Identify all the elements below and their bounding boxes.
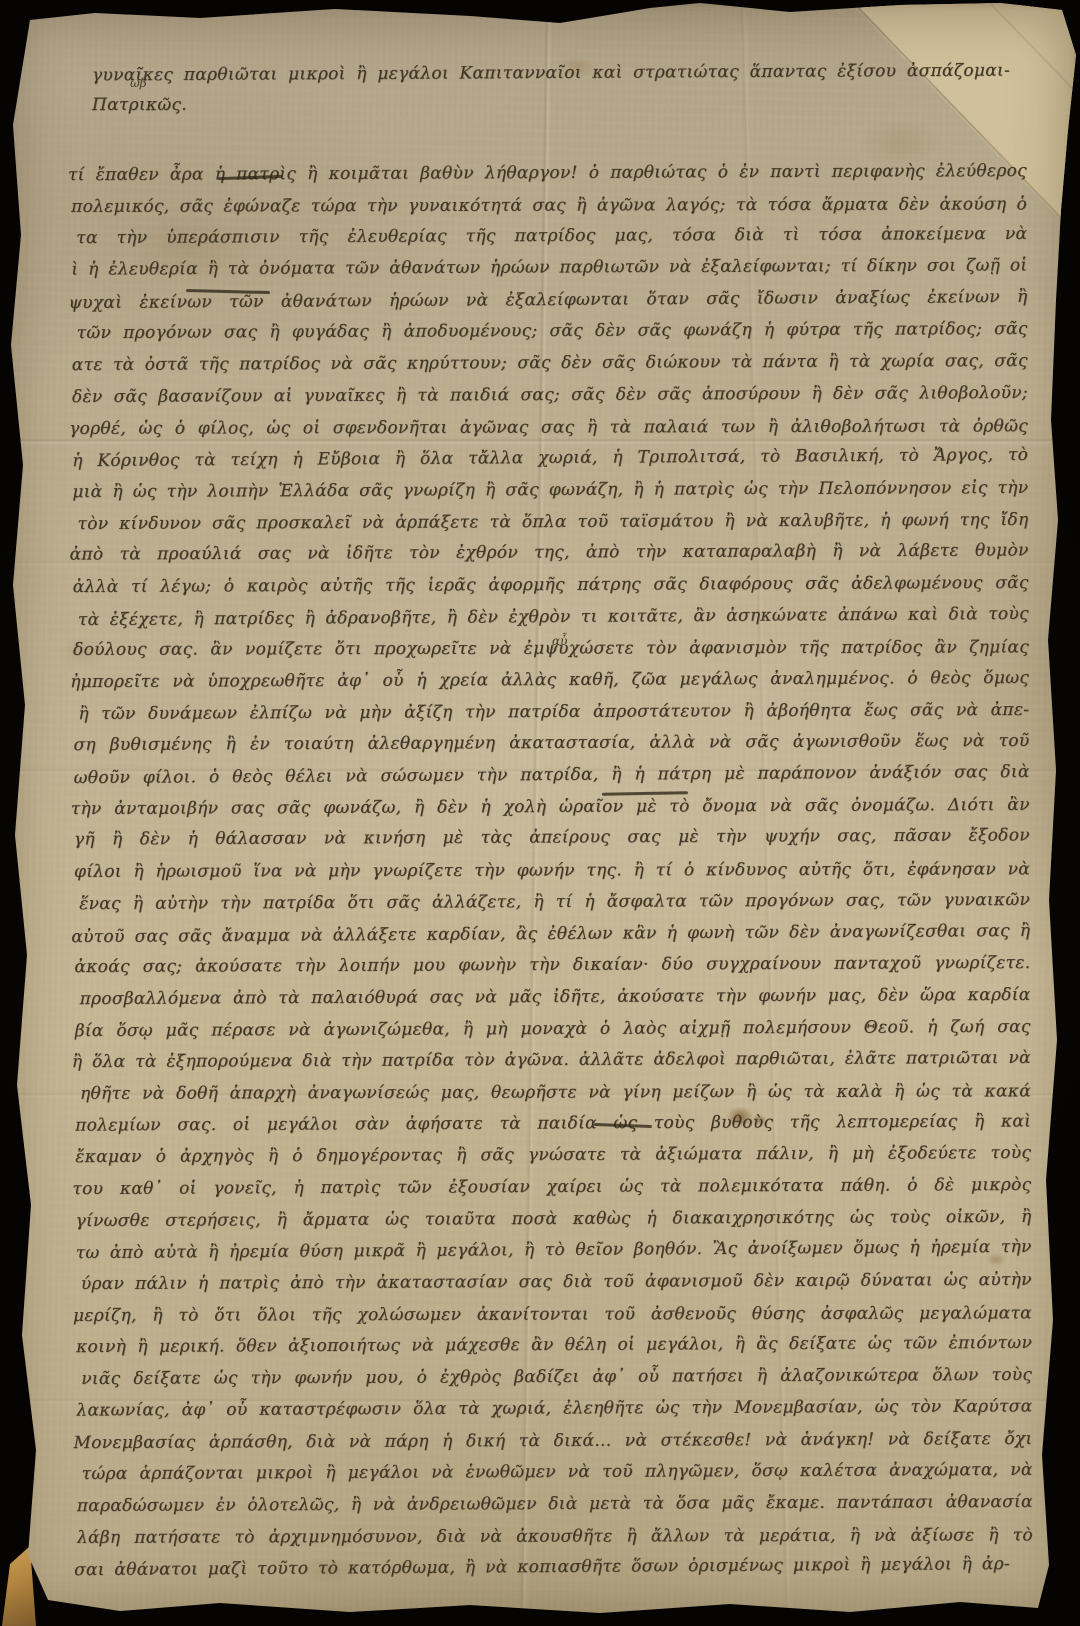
text-line: μιὰ ἢ ὡς τὴν λοιπὴν Ἑλλάδα σᾶς γνωρίζη ἢ… (72, 473, 1028, 509)
text-line: ἀλλὰ τί λέγω; ὁ καιρὸς αὐτῆς τῆς ἱερᾶς ἀ… (73, 568, 1029, 604)
text-line: ἢ τῶν δυνάμεων ἐλπίζω νὰ μὴν ἀξίζη τὴν π… (78, 695, 1029, 731)
text-line: ἕνας ἢ αὐτὴν τὴν πατρίδα ὅτι σᾶς ἀλλάζετ… (79, 885, 1030, 921)
text-line: Μονεμβασίας ἁρπάσθη, διὰ νὰ πάρη ἡ δική … (73, 1423, 1032, 1459)
heading-line: γυναῖκες παρθιῶται μικροὶ ἢ μεγάλοι Καπι… (92, 56, 1010, 91)
text-line: ἠμπορεῖτε νὰ ὑποχρεωθῆτε ἀφ᾽ οὗ ἡ χρεία … (70, 663, 1029, 699)
text-line: τῶν προγόνων σας ἢ φυγάδας ἢ ἀποδυομένου… (77, 314, 1028, 350)
text-line: κοινὴ ἢ μερική. ὅθεν ἀξιοποιήτως νὰ μάχε… (76, 1328, 1032, 1364)
text-line: ύραν πάλιν ἡ πατρὶς ἀπὸ τὴν ἀκαταστασίαν… (81, 1265, 1032, 1301)
text-line: τὸν κίνδυνον σᾶς προσκαλεῖ νὰ ἁρπάξετε τ… (77, 504, 1028, 540)
text-line: μερίζη, ἢ τὸ ὅτι ὅλοι τῆς χολώσωμεν ἀκαν… (73, 1298, 1032, 1332)
text-line: ωθοῦν φίλοι. ὁ θεὸς θέλει νὰ σώσωμεν τὴν… (73, 757, 1029, 795)
text-line: ἀκοάς σας; ἀκούσατε τὴν λοιπήν μου φωνὴν… (74, 948, 1030, 984)
text-line: τί ἔπαθεν ἆρα ἡ πατρὶς ἢ κοιμᾶται βαθὺν … (68, 156, 1027, 192)
superscript-correction: αὖ (552, 634, 567, 648)
text-line: λακωνίας, ἀφ᾽ οὗ καταστρέφωσιν ὅλα τὰ χω… (76, 1391, 1032, 1427)
text-line: ἢ ὅλα τὰ ἐξηπορούμενα διὰ τὴν πατρίδα τὸ… (72, 1043, 1031, 1079)
text-line: τὴν ἀνταμοιβήν σας σᾶς φωνάζω, ἢ δὲν ἡ χ… (71, 790, 1030, 826)
text-line: ψυχαὶ ἐκείνων τῶν ἀθανάτων ἡρώων νὰ ἐξαλ… (68, 282, 1027, 320)
text-line: τώρα ἁρπάζονται μικροὶ ἢ μεγάλοι νὰ ἑνωθ… (82, 1455, 1033, 1491)
text-line: πολεμίων σας. οἱ μεγάλοι σὰν ἀφήσατε τὰ … (75, 1106, 1031, 1142)
text-line: τω ἀπὸ αὐτὰ ἢ ἠρεμία θύση μικρᾶ ἢ μεγάλο… (76, 1232, 1032, 1270)
text-line: ατε τὰ ὀστᾶ τῆς πατρίδος νὰ σᾶς κηρύττου… (72, 346, 1028, 382)
text-line: νιᾶς δείξατε ὡς τὴν φωνήν μου, ὁ ἐχθρὸς … (81, 1360, 1032, 1396)
text-line: τὰ ἐξέχετε, ἢ πατρίδες ἢ ἀδρανοβῆτε, ἢ δ… (78, 599, 1029, 637)
text-line: δὲν σᾶς βασανίζουν αἱ γυναῖκες ἢ τὰ παιδ… (72, 378, 1028, 414)
text-line: φίλοι ἢ ἡρωισμοῦ ἵνα νὰ μὴν γνωρίζετε τὴ… (74, 854, 1030, 888)
text-line: ἡ Κόρινθος τὰ τείχη ἡ Εὔβοια ἢ ὅλα τἄλλα… (72, 440, 1028, 478)
text-line: ηθῆτε νὰ δοθῆ ἀπαρχὴ ἀναγωνίσεώς μας, θε… (80, 1076, 1031, 1110)
text-line: γῆ ἢ δὲν ἡ θάλασσαν νὰ κινήση μὲ τὰς ἀπε… (74, 821, 1030, 857)
letter-paper: γυναῖκες παρθιῶται μικροὶ ἢ μεγάλοι Καπι… (0, 0, 1080, 1626)
text-line: προσβαλλόμενα ἀπὸ τὰ παλαιόθυρά σας νὰ μ… (79, 980, 1030, 1016)
superscript-correction: ωβ (130, 76, 147, 90)
text-line: ση βυθισμένης ἢ ἐν τοιαύτη ἀλεθαργημένη … (73, 726, 1029, 762)
text-line: παραδώσωμεν ἐν ὁλοτελῶς, ἢ νὰ ἀνδρειωθῶμ… (77, 1487, 1033, 1523)
text-line: βία ὅσῳ μᾶς πέρασε νὰ ἀγωνιζώμεθα, ἢ μὴ … (75, 1011, 1031, 1047)
heading-closing: Πατρικῶς. (92, 90, 187, 120)
letter-body: τί ἔπαθεν ἆρα ἡ πατρὶς ἢ κοιμᾶται βαθὺν … (71, 156, 1033, 1586)
scanned-letter: γυναῖκες παρθιῶται μικροὶ ἢ μεγάλοι Καπι… (0, 0, 1080, 1626)
text-line: αὐτοῦ σας σᾶς ἄναμμα νὰ ἀλλάξετε καρδίαν… (71, 915, 1030, 953)
text-line: του καθ᾽ οἱ γονεῖς, ἡ πατρὶς τῶν ἐξουσία… (72, 1170, 1031, 1206)
text-line: ἀπὸ τὰ προαύλιά σας νὰ ἰδῆτε τὸν ἐχθρόν … (70, 536, 1029, 572)
text-line: ὶ ἡ ἐλευθερία ἢ τὰ ὀνόματα τῶν ἀθανάτων … (71, 250, 1027, 286)
text-line: σαι ἀθάνατοι μαζὶ τοῦτο τὸ κατόρθωμα, ἢ … (74, 1549, 1033, 1587)
text-line: τα τὴν ὑπεράσπισιν τῆς ἐλευθερίας τῆς πα… (76, 219, 1027, 255)
text-line: ἔκαμαν ὁ ἀρχηγὸς ἢ ὁ δημογέροντας ἢ σᾶς … (75, 1138, 1031, 1174)
text-line: πολεμικός, σᾶς ἐφώναζε τώρα τὴν γυναικότ… (71, 189, 1027, 223)
